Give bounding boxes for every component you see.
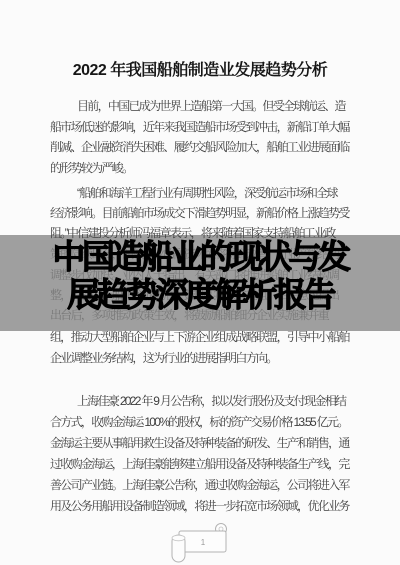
headline-overlay-line2: 展趋势深度解析报告 [0, 276, 400, 314]
body-text-line: “船舶和海洋工程行业有周期性风险，深受航运市场和全球 [50, 186, 379, 200]
body-text-line: 用及公务用船用设备制造领域，将进一步拓宽市场领域，优化业务 [50, 499, 352, 513]
body-text-line: 过收购金海运，上海佳豪能够建立船用设备及特种装备生产线，完 [50, 457, 352, 471]
headline-overlay-line1: 中国造船业的现状与发 [0, 238, 400, 276]
body-text-line: 经济影响。目前船舶市场成交下滑趋势明显，新船价格上涨趋势受 [50, 206, 352, 220]
body-text-line: 组，推动大型船舶企业与上下游企业组成战略联盟，引导中小船舶 [50, 330, 352, 344]
body-text-line: 善公司产业链。上海佳豪公告称，通过收购金海运，公司将进入军 [50, 478, 352, 492]
body-text-line: 船市场低迷的影响，近年来我国造船市场受到冲击，新船订单大幅 [50, 120, 352, 134]
body-text-line: 的形势较为严峻。 [50, 161, 352, 175]
headline-overlay-title: 中国造船业的现状与发 展趋势深度解析报告 [0, 238, 400, 314]
body-text-line: 削减、企业融资消失困难、履约交船风险加大，船舶工业进展面临 [50, 140, 352, 154]
body-text-line: 企业调整业务结构，这为行业的进展指明白方向。 [50, 351, 352, 365]
body-text-line: 目前，中国已成为世界上造船第一大国。但受全球航运、造 [50, 99, 379, 113]
body-text-line: 合方式，收购金海运 100%的股权，标的资产交易价格 13.55 亿元。 [50, 415, 352, 429]
body-text-line: 上海佳豪 2022 年 9 月公告称，拟以发行股份及支付现金相结 [50, 394, 379, 408]
document-page: 2022 年我国船舶制造业发展趋势分析 目前，中国已成为世界上造船第一大国。但受… [0, 0, 400, 565]
body-text-line: 金海运主要从事船用救生设备及特种装备的研发、生产和销售，通 [50, 436, 352, 450]
